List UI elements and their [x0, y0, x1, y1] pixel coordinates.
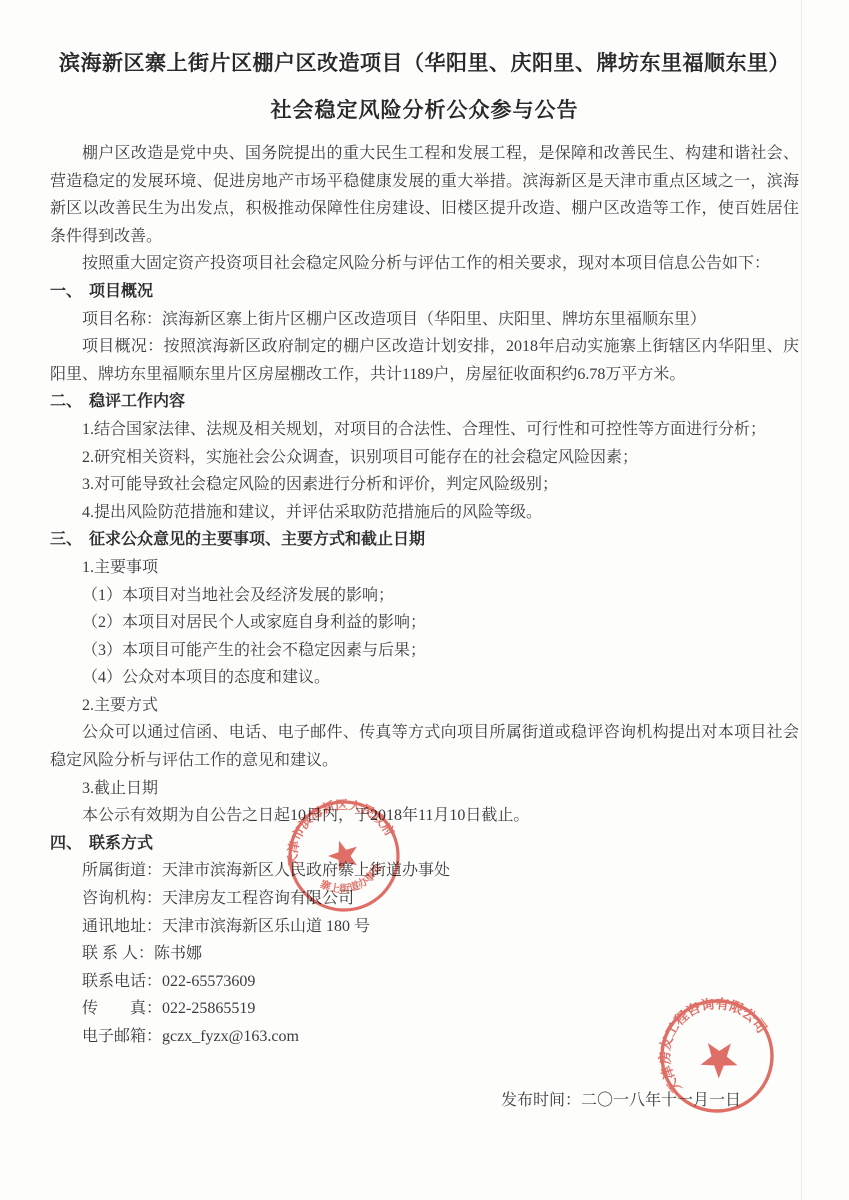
sub1-title: 1.主要事项 — [50, 554, 799, 582]
section-1-heading: 一、项目概况 — [50, 278, 799, 306]
work-item-1: 1.结合国家法律、法规及相关规划，对项目的合法性、合理性、可行性和可控性等方面进… — [50, 416, 799, 444]
section-4-number: 四、 — [50, 835, 82, 852]
sub2-title: 2.主要方式 — [50, 692, 799, 720]
opinion-item-1: （1）本项目对当地社会及经济发展的影响； — [50, 582, 799, 610]
contact-person-value: 陈书娜 — [154, 945, 202, 962]
opinion-item-2: （2）本项目对居民个人或家庭自身利益的影响； — [50, 609, 799, 637]
contact-person: 联 系 人：陈书娜 — [50, 940, 799, 968]
contact-agency-value: 天津房友工程咨询有限公司 — [162, 890, 354, 907]
contact-address: 通讯地址：天津市滨海新区乐山道 180 号 — [50, 913, 799, 941]
section-2-number: 二、 — [50, 393, 82, 410]
sub3-paragraph: 本公示有效期为自公告之日起10日内，于2018年11月10日截止。 — [50, 802, 799, 830]
contact-phone-value: 022-65573609 — [162, 973, 255, 990]
contact-email-value: gczx_fyzx@163.com — [162, 1028, 299, 1045]
work-item-4: 4.提出风险防范措施和建议，并评估采取防范措施后的风险等级。 — [50, 499, 799, 527]
contact-agency: 咨询机构：天津房友工程咨询有限公司 — [50, 885, 799, 913]
scan-edge-artifact — [801, 0, 802, 1200]
contact-street-value: 天津市滨海新区人民政府寨上街道办事处 — [162, 862, 450, 879]
document-title-line2: 社会稳定风险分析公众参与公告 — [0, 95, 849, 125]
contact-fax: 传 真：022-25865519 — [50, 995, 799, 1023]
contact-fax-value: 022-25865519 — [162, 1000, 255, 1017]
contact-address-label: 通讯地址： — [82, 918, 162, 935]
intro-paragraph-1: 棚户区改造是党中央、国务院提出的重大民生工程和发展工程，是保障和改善民生、构建和… — [50, 140, 799, 250]
contact-address-value: 天津市滨海新区乐山道 180 号 — [162, 918, 370, 935]
contact-fax-label: 传 真： — [82, 1000, 162, 1017]
document-body: 棚户区改造是党中央、国务院提出的重大民生工程和发展工程，是保障和改善民生、构建和… — [0, 125, 849, 1114]
section-4-heading: 四、联系方式 — [50, 830, 799, 858]
section-1-number: 一、 — [50, 283, 82, 300]
project-overview-paragraph: 项目概况：按照滨海新区政府制定的棚户区改造计划安排，2018年启动实施寨上街辖区… — [50, 333, 799, 388]
sub2-paragraph: 公众可以通过信函、电话、电子邮件、传真等方式向项目所属街道或稳评咨询机构提出对本… — [50, 719, 799, 774]
publish-date-line: 发布时间：二〇一八年十一月一日 — [50, 1087, 799, 1115]
contact-email-label: 电子邮箱： — [82, 1028, 162, 1045]
contact-email: 电子邮箱：gczx_fyzx@163.com — [50, 1023, 799, 1051]
contact-street: 所属街道：天津市滨海新区人民政府寨上街道办事处 — [50, 857, 799, 885]
section-3-number: 三、 — [50, 531, 82, 548]
section-4-title: 联系方式 — [89, 835, 153, 852]
section-2-title: 稳评工作内容 — [89, 393, 185, 410]
contact-person-label: 联 系 人： — [82, 945, 154, 962]
section-2-heading: 二、稳评工作内容 — [50, 388, 799, 416]
opinion-item-4: （4）公众对本项目的态度和建议。 — [50, 664, 799, 692]
contact-agency-label: 咨询机构： — [82, 890, 162, 907]
document-title-line1: 滨海新区寨上街片区棚户区改造项目（华阳里、庆阳里、牌坊东里福顺东里） — [0, 48, 849, 78]
intro-paragraph-2: 按照重大固定资产投资项目社会稳定风险分析与评估工作的相关要求，现对本项目信息公告… — [50, 250, 799, 278]
project-name-line: 项目名称：滨海新区寨上街片区棚户区改造项目（华阳里、庆阳里、牌坊东里福顺东里） — [50, 306, 799, 334]
contact-phone: 联系电话：022-65573609 — [50, 968, 799, 996]
opinion-item-3: （3）本项目可能产生的社会不稳定因素与后果； — [50, 637, 799, 665]
section-1-title: 项目概况 — [89, 283, 153, 300]
scanned-announcement-page: 滨海新区寨上街片区棚户区改造项目（华阳里、庆阳里、牌坊东里福顺东里） 社会稳定风… — [0, 0, 849, 1200]
section-3-heading: 三、征求公众意见的主要事项、主要方式和截止日期 — [50, 526, 799, 554]
work-item-3: 3.对可能导致社会稳定风险的因素进行分析和评价，判定风险级别； — [50, 471, 799, 499]
section-3-title: 征求公众意见的主要事项、主要方式和截止日期 — [89, 531, 425, 548]
contact-phone-label: 联系电话： — [82, 973, 162, 990]
work-item-2: 2.研究相关资料，实施社会公众调查，识别项目可能存在的社会稳定风险因素； — [50, 444, 799, 472]
sub3-title: 3.截止日期 — [50, 775, 799, 803]
document-title-block: 滨海新区寨上街片区棚户区改造项目（华阳里、庆阳里、牌坊东里福顺东里） 社会稳定风… — [0, 0, 849, 125]
contact-street-label: 所属街道： — [82, 862, 162, 879]
